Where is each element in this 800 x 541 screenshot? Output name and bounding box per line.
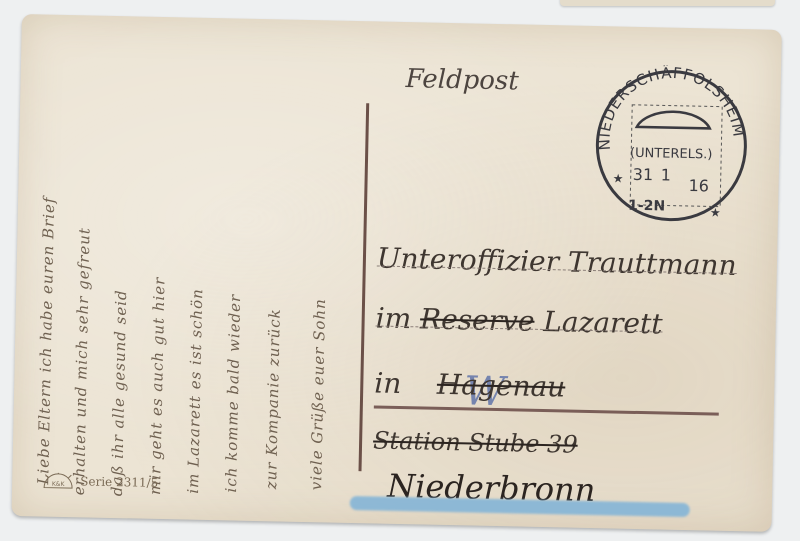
postmark-day: 31 bbox=[633, 165, 654, 184]
struck-station-text: Station Stube 39 bbox=[373, 426, 578, 458]
message-line: daß ihr alle gesund seid bbox=[108, 289, 130, 496]
message-line: Liebe Eltern ich habe euren Brief bbox=[34, 196, 58, 484]
star-icon: ★ bbox=[613, 171, 624, 185]
message-line: mir geht es auch gut hier bbox=[146, 276, 169, 495]
publisher-mark: K&K Serie 2311/5 bbox=[42, 473, 158, 491]
address-rule bbox=[374, 405, 719, 415]
struck-town-text: Hagenau bbox=[437, 368, 566, 404]
center-divider-line bbox=[359, 103, 370, 471]
postcard: Liebe Eltern ich habe euren Brief erhalt… bbox=[11, 14, 781, 532]
address-line-4: Station Stube 39 bbox=[373, 426, 578, 458]
svg-text:K&K: K&K bbox=[52, 481, 66, 488]
postmark-time: 1-2N bbox=[628, 198, 665, 215]
struck-ward-text: Reserve bbox=[420, 302, 535, 337]
handwritten-message: Liebe Eltern ich habe euren Brief erhalt… bbox=[12, 14, 362, 511]
feldpost-label: Feldpost bbox=[405, 64, 519, 96]
postmark-year: 16 bbox=[688, 176, 709, 195]
postmark-stamp: NIEDERSCHÄFFOLSHEIM (UNTERELS.) 31 1 16 … bbox=[590, 64, 753, 227]
postmark-town: NIEDERSCHÄFFOLSHEIM bbox=[595, 64, 749, 154]
message-line: im Lazarett es ist schön bbox=[184, 288, 206, 494]
background-card-edge bbox=[560, 0, 775, 6]
svg-text:NIEDERSCHÄFFOLSHEIM: NIEDERSCHÄFFOLSHEIM bbox=[595, 64, 749, 154]
blue-crayon-underline bbox=[350, 496, 690, 517]
address-line-3: in Hagenau bbox=[374, 366, 566, 403]
star-icon: ★ bbox=[710, 205, 721, 219]
message-line: viele Grüße euer Sohn bbox=[307, 298, 329, 490]
series-number: Serie 2311/5 bbox=[80, 474, 158, 490]
postmark-month: 1 bbox=[661, 165, 672, 184]
message-line: erhalten und mich sehr gefreut bbox=[70, 227, 94, 496]
address-line-1: Unteroffizier Trauttmann bbox=[377, 241, 737, 282]
sunrise-logo-icon: K&K bbox=[42, 473, 74, 490]
address-line-2: im Reserve Lazarett bbox=[375, 301, 663, 340]
postmark-subtitle: (UNTERELS.) bbox=[630, 146, 713, 163]
message-line: zur Kompanie zurück bbox=[262, 308, 284, 489]
message-line: ich komme bald wieder bbox=[222, 294, 244, 493]
